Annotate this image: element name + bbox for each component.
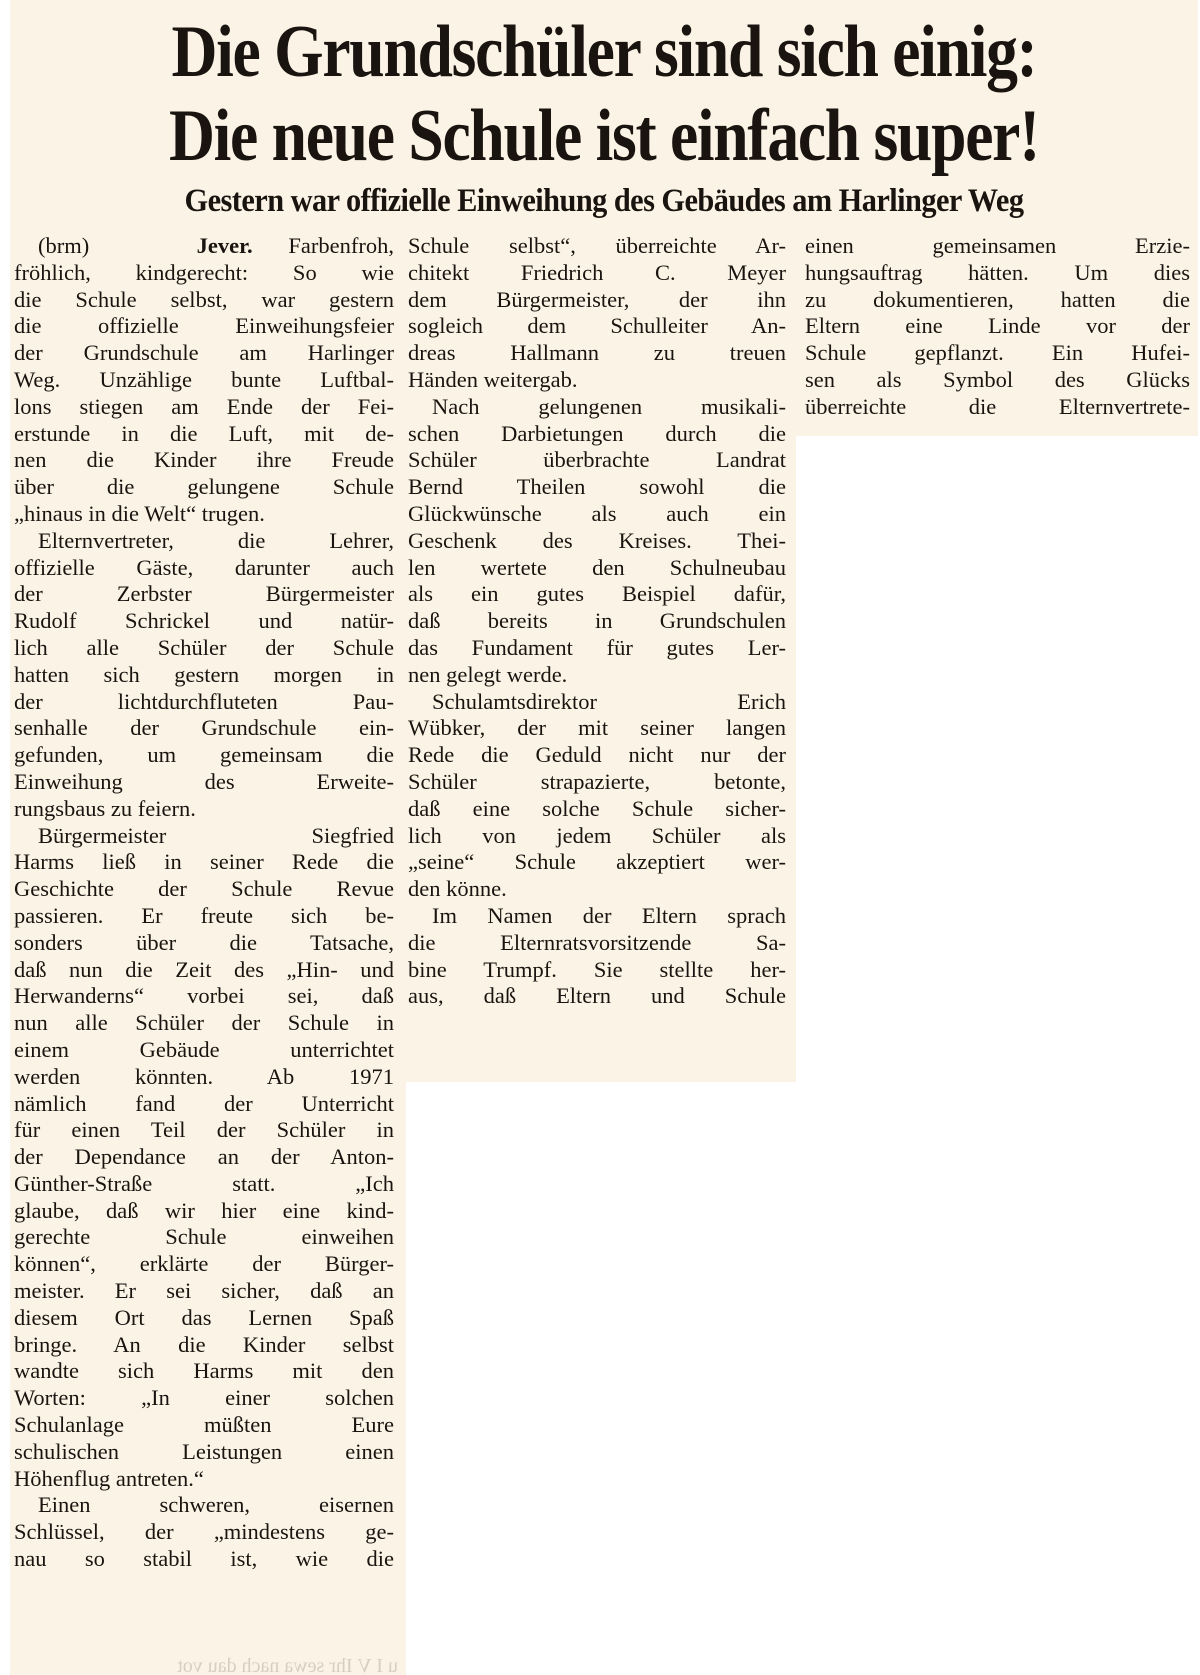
article-line: „seine“ Schule akzeptiert wer- (408, 849, 786, 876)
article-line: für einen Teil der Schüler in (14, 1117, 394, 1144)
article-line: Wübker, der mit seiner langen (408, 715, 786, 742)
article-line: schen Darbietungen durch die (408, 421, 786, 448)
paragraph-start: Nach gelungenen musikali- (408, 394, 786, 421)
headline-line-1: Die Grundschüler sind sich einig: (93, 12, 1115, 92)
article-line: die Schule selbst, war gestern (14, 287, 394, 314)
byline: (brm) (38, 233, 89, 258)
article-column-3: einen gemeinsamen Erzie- hungsauftrag hä… (805, 233, 1190, 421)
article-line: Herwanderns“ vorbei sei, daß (14, 983, 394, 1010)
article-line: diesem Ort das Lernen Spaß (14, 1305, 394, 1332)
article-line: meister. Er sei sicher, daß an (14, 1278, 394, 1305)
article-line: nen gelegt werde. (408, 662, 786, 689)
article-line: der lichtdurchfluteten Pau- (14, 689, 394, 716)
article-line: das Fundament für gutes Ler- (408, 635, 786, 662)
article-line: dreas Hallmann zu treuen (408, 340, 786, 367)
article-line: Händen weitergab. (408, 367, 786, 394)
article-line: den könne. (408, 876, 786, 903)
article-line: Rudolf Schrickel und natür- (14, 608, 394, 635)
article-line: passieren. Er freute sich be- (14, 903, 394, 930)
article-line: Worten: „In einer solchen (14, 1385, 394, 1412)
article-column-1: (brm) Jever. Farbenfroh, fröhlich, kindg… (14, 233, 394, 1573)
article-line: „hinaus in die Welt“ trugen. (14, 501, 394, 528)
article-line: dem Bürgermeister, der ihn (408, 287, 786, 314)
article-line: lich alle Schüler der Schule (14, 635, 394, 662)
paragraph-start: Elternvertreter, die Lehrer, (14, 528, 394, 555)
article-line: sen als Symbol des Glücks (805, 367, 1190, 394)
article-line: nau so stabil ist, wie die (14, 1546, 394, 1573)
article-line: Rede die Geduld nicht nur der (408, 742, 786, 769)
article-line: Glückwünsche als auch ein (408, 501, 786, 528)
article-line: der Zerbster Bürgermeister (14, 581, 394, 608)
article-line: zu dokumentieren, hatten die (805, 287, 1190, 314)
article-line: werden könnten. Ab 1971 (14, 1064, 394, 1091)
article-column-2: Schule selbst“, überreichte Ar- chitekt … (408, 233, 786, 1010)
article-line: glaube, daß wir hier eine kind- (14, 1198, 394, 1225)
article-line: erstunde in die Luft, mit de- (14, 421, 394, 448)
article-line: lons stiegen am Ende der Fei- (14, 394, 394, 421)
article-line: die offizielle Einweihungsfeier (14, 313, 394, 340)
article-line: Schlüssel, der „mindestens ge- (14, 1519, 394, 1546)
article-line: der Grundschule am Harlinger (14, 340, 394, 367)
article-line: einem Gebäude unterrichtet (14, 1037, 394, 1064)
article-line: als ein gutes Beispiel dafür, (408, 581, 786, 608)
article-line: fröhlich, kindgerecht: So wie (14, 260, 394, 287)
paragraph-start: Schulamtsdirektor Erich (408, 689, 786, 716)
article-line: Schüler überbrachte Landrat (408, 447, 786, 474)
article-line: über die gelungene Schule (14, 474, 394, 501)
article-line: wandte sich Harms mit den (14, 1358, 394, 1385)
paragraph-start: Einen schweren, eisernen (14, 1492, 394, 1519)
paragraph-start: Bürgermeister Siegfried (14, 823, 394, 850)
article-line: senhalle der Grundschule ein- (14, 715, 394, 742)
article-line: Weg. Unzählige bunte Luftbal- (14, 367, 394, 394)
article-line: (brm) Jever. Farbenfroh, (14, 233, 394, 260)
article-line: einen gemeinsamen Erzie- (805, 233, 1190, 260)
article-line: gerechte Schule einweihen (14, 1224, 394, 1251)
article-line: Bernd Theilen sowohl die (408, 474, 786, 501)
article-line: chitekt Friedrich C. Meyer (408, 260, 786, 287)
article-line: daß nun die Zeit des „Hin- und (14, 957, 394, 984)
article-line: sogleich dem Schulleiter An- (408, 313, 786, 340)
article-line: Geschichte der Schule Revue (14, 876, 394, 903)
article-line: daß bereits in Grundschulen (408, 608, 786, 635)
article-line: Schule gepflanzt. Ein Hufei- (805, 340, 1190, 367)
article-line: Schüler strapazierte, betonte, (408, 769, 786, 796)
article-line: aus, daß Eltern und Schule (408, 983, 786, 1010)
article-line: sonders über die Tatsache, (14, 930, 394, 957)
article-line: nämlich fand der Unterricht (14, 1091, 394, 1118)
subheadline: Gestern war offizielle Einweihung des Ge… (58, 182, 1151, 220)
article-line: Höhenflug antreten.“ (14, 1466, 394, 1493)
article-line: nun alle Schüler der Schule in (14, 1010, 394, 1037)
article-line: nen die Kinder ihre Freude (14, 447, 394, 474)
article-line: Harms ließ in seiner Rede die (14, 849, 394, 876)
headline-line-2: Die neue Schule ist einfach super! (93, 96, 1115, 176)
article-line: Einweihung des Erweite- (14, 769, 394, 796)
article-line: überreichte die Elternvertrete- (805, 394, 1190, 421)
article-line: Schule selbst“, überreichte Ar- (408, 233, 786, 260)
article-line: lich von jedem Schüler als (408, 823, 786, 850)
article-line: bringe. An die Kinder selbst (14, 1332, 394, 1359)
article-line: können“, erklärte der Bürger- (14, 1251, 394, 1278)
article-line: gefunden, um gemeinsam die (14, 742, 394, 769)
article-line: rungsbaus zu feiern. (14, 796, 394, 823)
bleed-through-text: u I V Ihr sewa nach dau vot (18, 1655, 398, 1673)
dateline: Jever. (197, 233, 253, 258)
article-line: len wertete den Schulneubau (408, 555, 786, 582)
article-line: Günther-Straße statt. „Ich (14, 1171, 394, 1198)
article-line: Eltern eine Linde vor der (805, 313, 1190, 340)
article-line: schulischen Leistungen einen (14, 1439, 394, 1466)
paragraph-start: Im Namen der Eltern sprach (408, 903, 786, 930)
article-line: hatten sich gestern morgen in (14, 662, 394, 689)
article-line: offizielle Gäste, darunter auch (14, 555, 394, 582)
article-line: Schulanlage müßten Eure (14, 1412, 394, 1439)
article-line: hungsauftrag hätten. Um dies (805, 260, 1190, 287)
article-line: Geschenk des Kreises. Thei- (408, 528, 786, 555)
article-line: daß eine solche Schule sicher- (408, 796, 786, 823)
article-line: bine Trumpf. Sie stellte her- (408, 957, 786, 984)
article-line: die Elternratsvorsitzende Sa- (408, 930, 786, 957)
article-line: der Dependance an der Anton- (14, 1144, 394, 1171)
